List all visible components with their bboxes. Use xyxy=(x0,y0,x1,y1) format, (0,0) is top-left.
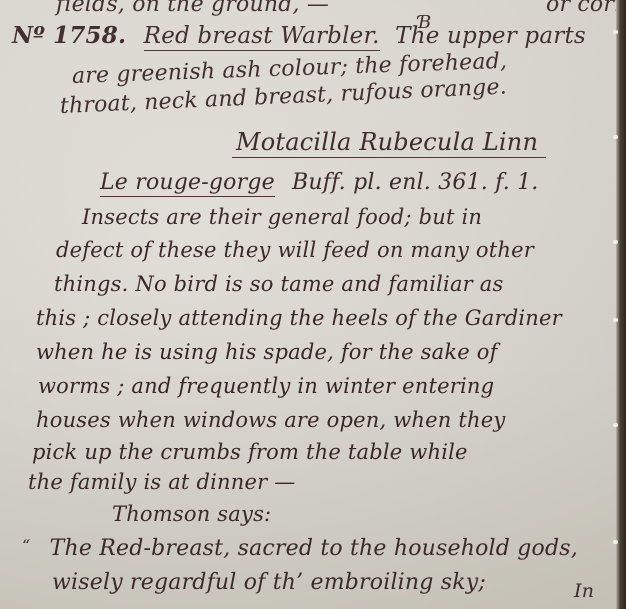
text-line-17: wisely regardful of th’ embroiling sky; xyxy=(52,570,486,595)
marginal-mark-icon: Ɓ xyxy=(418,12,431,33)
quote-line: “ The Red-breast, sacred to the househol… xyxy=(22,536,578,561)
text-line-11: worms ; and frequently in winter enterin… xyxy=(38,374,494,398)
text-line-14: the family is at dinner — xyxy=(28,470,295,494)
line-text: The Red-breast, sacred to the household … xyxy=(50,536,578,561)
text-line-9: this ; closely attending the heels of th… xyxy=(36,306,562,330)
text-line-0: fields, on the ground, — or corn xyxy=(56,0,329,17)
book-binding-edge xyxy=(616,0,626,609)
latin-name: Motacilla Rubecula Linn xyxy=(232,128,546,158)
open-quote-mark: “ xyxy=(22,536,30,555)
binding-stitch xyxy=(613,540,618,544)
binding-stitch xyxy=(613,423,618,427)
text-line-12: houses when windows are open, when they xyxy=(36,408,505,432)
manuscript-page: fields, on the ground, — or corn Nº 1758… xyxy=(0,0,616,609)
line-tail: or corn xyxy=(546,0,616,17)
text-line-13: pick up the crumbs from the table while xyxy=(32,440,468,464)
text-line-8: things. No bird is so tame and familiar … xyxy=(54,272,503,296)
text-line-7: defect of these they will feed on many o… xyxy=(56,238,534,262)
french-name: Le rouge-gorge xyxy=(100,170,275,197)
binding-stitch xyxy=(613,135,618,139)
line-text: fields, on the ground, — xyxy=(56,0,329,17)
text-line-10: when he is using his spade, for the sake… xyxy=(36,340,498,364)
binding-stitch xyxy=(613,318,618,322)
species-title: Red breast Warbler. xyxy=(144,23,380,51)
entry-heading: Nº 1758. Red breast Warbler. The upper p… xyxy=(12,22,586,49)
buffon-reference: Buff. pl. enl. 361. f. 1. xyxy=(292,170,538,195)
text-line-6: Insects are their general food; but in xyxy=(82,205,482,229)
binding-stitch xyxy=(613,30,618,34)
binding-stitch xyxy=(613,240,618,244)
text-line-15: Thomson says: xyxy=(112,502,271,526)
reference-line: Le rouge-gorge Buff. pl. enl. 361. f. 1. xyxy=(100,170,539,195)
catchword: In xyxy=(574,580,594,602)
entry-number: Nº 1758. xyxy=(12,22,126,49)
